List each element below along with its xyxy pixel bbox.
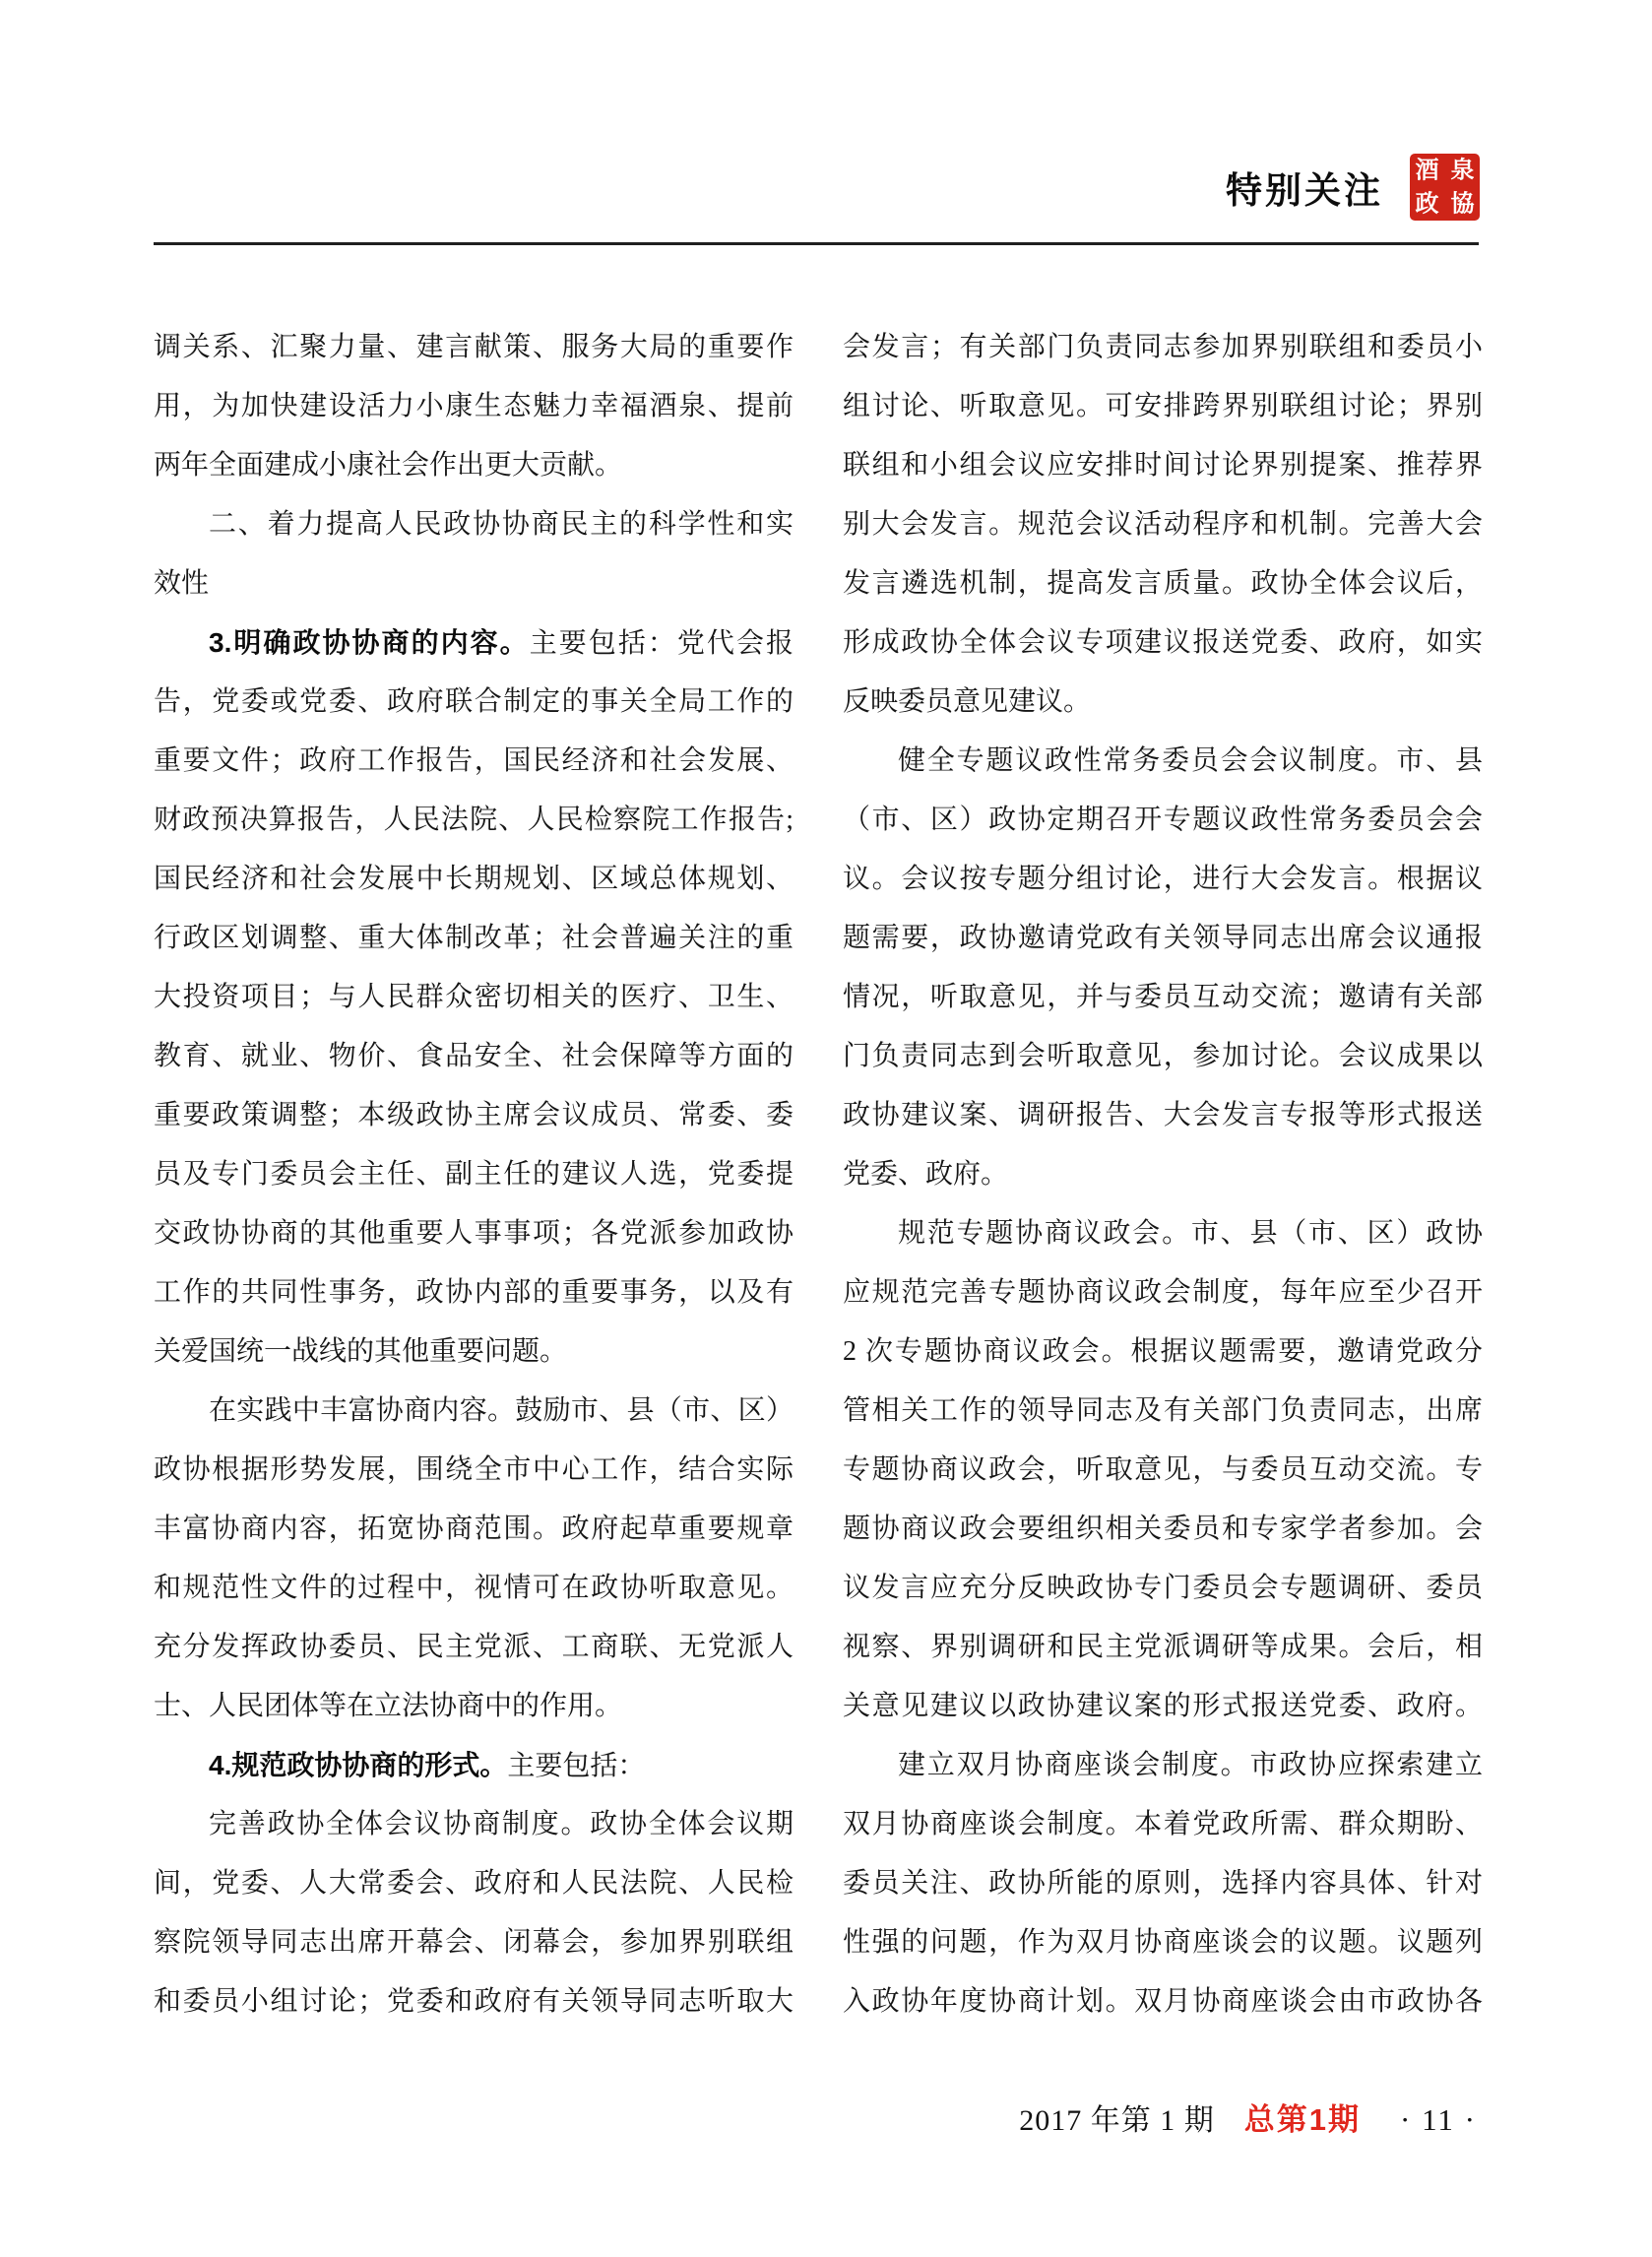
- text-line: 士、人民团体等在立法协商中的作用。: [154, 1677, 794, 1736]
- text-line: 情况，听取意见，并与委员互动交流；邀请有关部: [843, 968, 1483, 1027]
- text-line: 视察、界别调研和民主党派调研等成果。会后，相: [843, 1618, 1483, 1677]
- body-text: 士、人民团体等在立法协商中的作用。: [154, 1691, 622, 1721]
- body-text: 工作的共同性事务，政协内部的重要事务，以及有: [154, 1277, 794, 1308]
- body-text: 在实践中丰富协商内容。鼓励市、县（市、区）: [209, 1395, 794, 1426]
- body-text: 联组和小组会议应安排时间讨论界别提案、推荐界: [843, 450, 1483, 481]
- header-divider: [154, 242, 1479, 245]
- body-text: 间，党委、人大常委会、政府和人民法院、人民检: [154, 1868, 794, 1899]
- text-line: 议发言应充分反映政协专门委员会专题调研、委员: [843, 1559, 1483, 1618]
- text-line: 政协根据形势发展，围绕全市中心工作，结合实际: [154, 1441, 794, 1500]
- text-line: 别大会发言。规范会议活动程序和机制。完善大会: [843, 495, 1483, 554]
- footer-issue-label: 2017 年第 1 期: [1019, 2100, 1215, 2142]
- seal-char: 泉: [1450, 159, 1474, 182]
- bold-heading-text: 3.明确政协协商的内容。: [209, 627, 530, 658]
- seal-char: 協: [1450, 192, 1474, 216]
- left-column: 调关系、汇聚力量、建言献策、服务大局的重要作用，为加快建设活力小康生态魅力幸福酒…: [154, 318, 794, 2031]
- body-text: 门负责同志到会听取意见，参加讨论。会议成果以: [843, 1041, 1483, 1071]
- body-text: 丰富协商内容，拓宽协商范围。政府起草重要规章: [154, 1514, 794, 1544]
- text-line: 察院领导同志出席开幕会、闭幕会，参加界别联组: [154, 1913, 794, 1972]
- text-line: 双月协商座谈会制度。本着党政所需、群众期盼、: [843, 1795, 1483, 1854]
- text-line: 关意见建议以政协建议案的形式报送党委、政府。: [843, 1677, 1483, 1736]
- text-line: 行政区划调整、重大体制改革；社会普遍关注的重: [154, 909, 794, 968]
- body-text: 行政区划调整、重大体制改革；社会普遍关注的重: [154, 923, 794, 953]
- body-text: 教育、就业、物价、食品安全、社会保障等方面的: [154, 1041, 794, 1071]
- body-text: 国民经济和社会发展中长期规划、区域总体规划、: [154, 864, 794, 894]
- text-line: 形成政协全体会议专项建议报送党委、政府，如实: [843, 613, 1483, 673]
- body-text: 议。会议按专题分组讨论，进行大会发言。根据议: [843, 864, 1483, 894]
- body-text: 充分发挥政协委员、民主党派、工商联、无党派人: [154, 1632, 794, 1662]
- body-text: 情况，听取意见，并与委员互动交流；邀请有关部: [843, 982, 1483, 1012]
- text-line: 应规范完善专题协商议政会制度，每年应至少召开: [843, 1263, 1483, 1322]
- body-text: 告，党委或党委、政府联合制定的事关全局工作的: [154, 686, 794, 717]
- text-line: 和规范性文件的过程中，视情可在政协听取意见。: [154, 1559, 794, 1618]
- text-line: 联组和小组会议应安排时间讨论界别提案、推荐界: [843, 436, 1483, 495]
- text-line: 充分发挥政协委员、民主党派、工商联、无党派人: [154, 1618, 794, 1677]
- text-line: 性强的问题，作为双月协商座谈会的议题。议题列: [843, 1913, 1483, 1972]
- body-text: 重要政策调整；本级政协主席会议成员、常委、委: [154, 1100, 794, 1130]
- text-line: （市、区）政协定期召开专题议政性常务委员会会: [843, 791, 1483, 850]
- text-line: 二、着力提高人民政协协商民主的科学性和实: [154, 495, 794, 554]
- body-text: 组讨论、听取意见。可安排跨界别联组讨论；界别: [843, 391, 1483, 421]
- journal-page: 特别关注 酒泉政協 调关系、汇聚力量、建言献策、服务大局的重要作用，为加快建设活…: [0, 0, 1652, 2257]
- text-line: 大投资项目；与人民群众密切相关的医疗、卫生、: [154, 968, 794, 1027]
- section-title: 特别关注: [1226, 161, 1383, 214]
- footer-page-number: · 11 ·: [1400, 2099, 1477, 2141]
- body-text: 题协商议政会要组织相关委员和专家学者参加。会: [843, 1514, 1483, 1544]
- text-line: 员及专门委员会主任、副主任的建议人选，党委提: [154, 1145, 794, 1204]
- text-line: 政协建议案、调研报告、大会发言专报等形式报送: [843, 1086, 1483, 1145]
- text-line: 效性: [154, 554, 794, 613]
- bold-heading-text: 4.规范政协协商的形式。: [209, 1750, 507, 1780]
- body-text: 管相关工作的领导同志及有关部门负责同志，出席: [843, 1395, 1483, 1426]
- text-line: 丰富协商内容，拓宽协商范围。政府起草重要规章: [154, 1500, 794, 1559]
- body-text: 党委、政府。: [843, 1159, 1008, 1190]
- text-line: 健全专题议政性常务委员会会议制度。市、县: [843, 732, 1483, 791]
- text-line: 关爱国统一战线的其他重要问题。: [154, 1322, 794, 1382]
- body-text: 员及专门委员会主任、副主任的建议人选，党委提: [154, 1159, 794, 1190]
- text-line: 反映委员意见建议。: [843, 673, 1483, 732]
- text-line: 2 次专题协商议政会。根据议题需要，邀请党政分: [843, 1322, 1483, 1382]
- body-text: 发言遴选机制，提高发言质量。政协全体会议后，: [843, 568, 1483, 599]
- body-text: 别大会发言。规范会议活动程序和机制。完善大会: [843, 509, 1483, 540]
- text-line: 门负责同志到会听取意见，参加讨论。会议成果以: [843, 1027, 1483, 1086]
- text-line: 入政协年度协商计划。双月协商座谈会由市政协各: [843, 1972, 1483, 2031]
- right-column: 会发言；有关部门负责同志参加界别联组和委员小组讨论、听取意见。可安排跨界别联组讨…: [843, 318, 1483, 2031]
- text-line: 党委、政府。: [843, 1145, 1483, 1204]
- text-line: 3.明确政协协商的内容。主要包括：党代会报: [154, 613, 794, 673]
- body-text: 建立双月协商座谈会制度。市政协应探索建立: [898, 1750, 1483, 1780]
- text-line: 和委员小组讨论；党委和政府有关领导同志听取大: [154, 1972, 794, 2031]
- body-text: 用，为加快建设活力小康生态魅力幸福酒泉、提前: [154, 391, 794, 421]
- body-text: 题需要，政协邀请党政有关领导同志出席会议通报: [843, 923, 1483, 953]
- text-line: 组讨论、听取意见。可安排跨界别联组讨论；界别: [843, 377, 1483, 436]
- body-text: 主要包括：: [507, 1751, 645, 1781]
- text-line: 国民经济和社会发展中长期规划、区域总体规划、: [154, 850, 794, 909]
- text-line: 教育、就业、物价、食品安全、社会保障等方面的: [154, 1027, 794, 1086]
- body-text: 二、着力提高人民政协协商民主的科学性和实: [209, 509, 794, 540]
- body-text: 应规范完善专题协商议政会制度，每年应至少召开: [843, 1277, 1483, 1308]
- body-text: 政协建议案、调研报告、大会发言专报等形式报送: [843, 1100, 1483, 1130]
- body-text: 调关系、汇聚力量、建言献策、服务大局的重要作: [154, 332, 794, 362]
- body-text: 关爱国统一战线的其他重要问题。: [154, 1336, 567, 1367]
- body-text: 政协根据形势发展，围绕全市中心工作，结合实际: [154, 1454, 794, 1485]
- text-line: 两年全面建成小康社会作出更大贡献。: [154, 436, 794, 495]
- body-text: 大投资项目；与人民群众密切相关的医疗、卫生、: [154, 982, 794, 1012]
- text-line: 间，党委、人大常委会、政府和人民法院、人民检: [154, 1854, 794, 1913]
- text-line: 规范专题协商议政会。市、县（市、区）政协: [843, 1204, 1483, 1263]
- body-text: 议发言应充分反映政协专门委员会专题调研、委员: [843, 1573, 1483, 1603]
- body-text: 主要包括：党代会报: [530, 628, 794, 659]
- text-line: 题需要，政协邀请党政有关领导同志出席会议通报: [843, 909, 1483, 968]
- text-line: 4.规范政协协商的形式。主要包括：: [154, 1736, 794, 1795]
- body-text: 关意见建议以政协建议案的形式报送党委、政府。: [843, 1691, 1483, 1721]
- body-text: 完善政协全体会议协商制度。政协全体会议期: [209, 1809, 794, 1839]
- body-text: 委员关注、政协所能的原则，选择内容具体、针对: [843, 1868, 1483, 1899]
- body-text: 2 次专题协商议政会。根据议题需要，邀请党政分: [843, 1336, 1483, 1367]
- text-line: 在实践中丰富协商内容。鼓励市、县（市、区）: [154, 1382, 794, 1441]
- footer-volume-label: 总第1期: [1244, 2099, 1361, 2141]
- body-text: 和委员小组讨论；党委和政府有关领导同志听取大: [154, 1986, 794, 2017]
- text-line: 重要文件；政府工作报告，国民经济和社会发展、: [154, 732, 794, 791]
- body-text: 入政协年度协商计划。双月协商座谈会由市政协各: [843, 1986, 1483, 2017]
- text-line: 专题协商议政会，听取意见，与委员互动交流。专: [843, 1441, 1483, 1500]
- body-text: 双月协商座谈会制度。本着党政所需、群众期盼、: [843, 1809, 1483, 1839]
- text-line: 用，为加快建设活力小康生态魅力幸福酒泉、提前: [154, 377, 794, 436]
- body-text: 交政协协商的其他重要人事事项；各党派参加政协: [154, 1218, 794, 1249]
- body-text: 察院领导同志出席开幕会、闭幕会，参加界别联组: [154, 1927, 794, 1958]
- body-text: 健全专题议政性常务委员会会议制度。市、县: [898, 745, 1483, 776]
- publisher-seal: 酒泉政協: [1410, 154, 1480, 221]
- text-line: 告，党委或党委、政府联合制定的事关全局工作的: [154, 673, 794, 732]
- text-line: 调关系、汇聚力量、建言献策、服务大局的重要作: [154, 318, 794, 377]
- body-text: 重要文件；政府工作报告，国民经济和社会发展、: [154, 745, 794, 776]
- body-text: 两年全面建成小康社会作出更大贡献。: [154, 450, 622, 481]
- text-line: 议。会议按专题分组讨论，进行大会发言。根据议: [843, 850, 1483, 909]
- body-text: 会发言；有关部门负责同志参加界别联组和委员小: [843, 332, 1483, 362]
- text-line: 工作的共同性事务，政协内部的重要事务，以及有: [154, 1263, 794, 1322]
- body-text: 规范专题协商议政会。市、县（市、区）政协: [898, 1218, 1483, 1249]
- body-text: 效性: [154, 568, 209, 599]
- seal-char: 政: [1416, 192, 1439, 216]
- body-text: 专题协商议政会，听取意见，与委员互动交流。专: [843, 1454, 1483, 1485]
- text-line: 会发言；有关部门负责同志参加界别联组和委员小: [843, 318, 1483, 377]
- seal-char: 酒: [1416, 159, 1439, 182]
- body-text: 形成政协全体会议专项建议报送党委、政府，如实: [843, 627, 1483, 658]
- text-line: 交政协协商的其他重要人事事项；各党派参加政协: [154, 1204, 794, 1263]
- body-text: （市、区）政协定期召开专题议政性常务委员会会: [843, 805, 1483, 835]
- body-text: 视察、界别调研和民主党派调研等成果。会后，相: [843, 1632, 1483, 1662]
- body-text: 性强的问题，作为双月协商座谈会的议题。议题列: [843, 1927, 1483, 1958]
- body-text: 和规范性文件的过程中，视情可在政协听取意见。: [154, 1573, 794, 1603]
- text-line: 财政预决算报告，人民法院、人民检察院工作报告;: [154, 791, 794, 850]
- body-text: 反映委员意见建议。: [843, 686, 1091, 717]
- page-footer: 2017 年第 1 期 总第1期 · 11 ·: [1019, 2099, 1477, 2142]
- text-line: 管相关工作的领导同志及有关部门负责同志，出席: [843, 1382, 1483, 1441]
- text-line: 重要政策调整；本级政协主席会议成员、常委、委: [154, 1086, 794, 1145]
- text-line: 完善政协全体会议协商制度。政协全体会议期: [154, 1795, 794, 1854]
- text-line: 题协商议政会要组织相关委员和专家学者参加。会: [843, 1500, 1483, 1559]
- body-text: 财政预决算报告，人民法院、人民检察院工作报告;: [154, 805, 794, 835]
- text-line: 委员关注、政协所能的原则，选择内容具体、针对: [843, 1854, 1483, 1913]
- text-line: 建立双月协商座谈会制度。市政协应探索建立: [843, 1736, 1483, 1795]
- text-line: 发言遴选机制，提高发言质量。政协全体会议后，: [843, 554, 1483, 613]
